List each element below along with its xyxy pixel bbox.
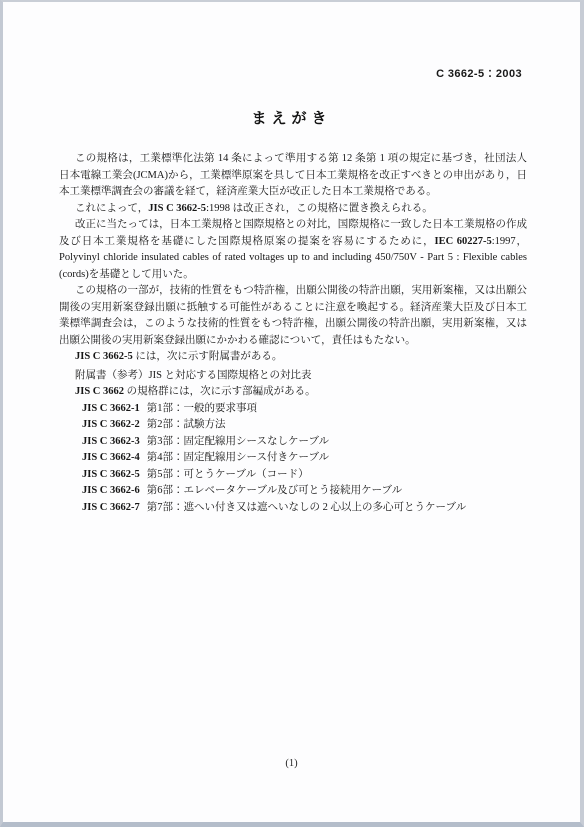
parts-list: JIS C 3662-1第1部：一般的要求事項 JIS C 3662-2第2部：… xyxy=(59,401,527,517)
page-title: まえがき xyxy=(3,107,580,128)
part-title: 第7部：遮へい付き又は遮へいなしの 2 心以上の多心可とうケーブル xyxy=(147,502,466,513)
part-title: 第5部：可とうケーブル（コード） xyxy=(147,469,309,480)
document-body: この規格は，工業標準化法第 14 条によって準用する第 12 条第 1 項の規定… xyxy=(59,151,527,517)
part-code: JIS C 3662-2 xyxy=(82,419,140,430)
doc-number: C 3662-5：2003 xyxy=(436,65,522,81)
paragraph-replacement: これによって，JIS C 3662-5:1998 は改正され，この規格に置き換え… xyxy=(59,201,527,218)
paragraph-origin: この規格は，工業標準化法第 14 条によって準用する第 12 条第 1 項の規定… xyxy=(59,151,527,201)
document-page: C 3662-5：2003 まえがき この規格は，工業標準化法第 14 条によっ… xyxy=(0,0,584,827)
annex-item: 附属書（参考）JIS と対応する国際規格との対比表 xyxy=(59,368,527,385)
page-number: (1) xyxy=(3,758,580,769)
part-title: 第2部：試験方法 xyxy=(147,419,226,430)
part-code: JIS C 3662-5 xyxy=(82,469,140,480)
part-title: 第4部：固定配線用シース付きケーブル xyxy=(147,452,329,463)
part-row: JIS C 3662-6第6部：エレベータケーブル及び可とう接続用ケーブル xyxy=(59,483,527,500)
annex-intro: JIS C 3662-5 には，次に示す附属書がある。 xyxy=(59,349,527,366)
part-row: JIS C 3662-5第5部：可とうケーブル（コード） xyxy=(59,467,527,484)
part-title: 第1部：一般的要求事項 xyxy=(147,403,257,414)
paragraph-patent-notice: この規格の一部が，技術的性質をもつ特許権，出願公開後の特許出願，実用新案権，又は… xyxy=(59,283,527,349)
part-row: JIS C 3662-4第4部：固定配線用シース付きケーブル xyxy=(59,450,527,467)
part-row: JIS C 3662-2第2部：試験方法 xyxy=(59,417,527,434)
part-row: JIS C 3662-1第1部：一般的要求事項 xyxy=(59,401,527,418)
part-title: 第6部：エレベータケーブル及び可とう接続用ケーブル xyxy=(147,485,402,496)
part-code: JIS C 3662-4 xyxy=(82,452,140,463)
series-intro: JIS C 3662 の規格群には，次に示す部編成がある。 xyxy=(59,384,527,401)
part-title: 第3部：固定配線用シースなしケーブル xyxy=(147,436,329,447)
part-code: JIS C 3662-7 xyxy=(82,502,140,513)
part-code: JIS C 3662-3 xyxy=(82,436,140,447)
paragraph-iec-basis: 改正に当たっては，日本工業規格と国際規格との対比，国際規格に一致した日本工業規格… xyxy=(59,217,527,283)
part-row: JIS C 3662-7第7部：遮へい付き又は遮へいなしの 2 心以上の多心可と… xyxy=(59,500,527,517)
part-code: JIS C 3662-1 xyxy=(82,403,140,414)
part-row: JIS C 3662-3第3部：固定配線用シースなしケーブル xyxy=(59,434,527,451)
part-code: JIS C 3662-6 xyxy=(82,485,140,496)
